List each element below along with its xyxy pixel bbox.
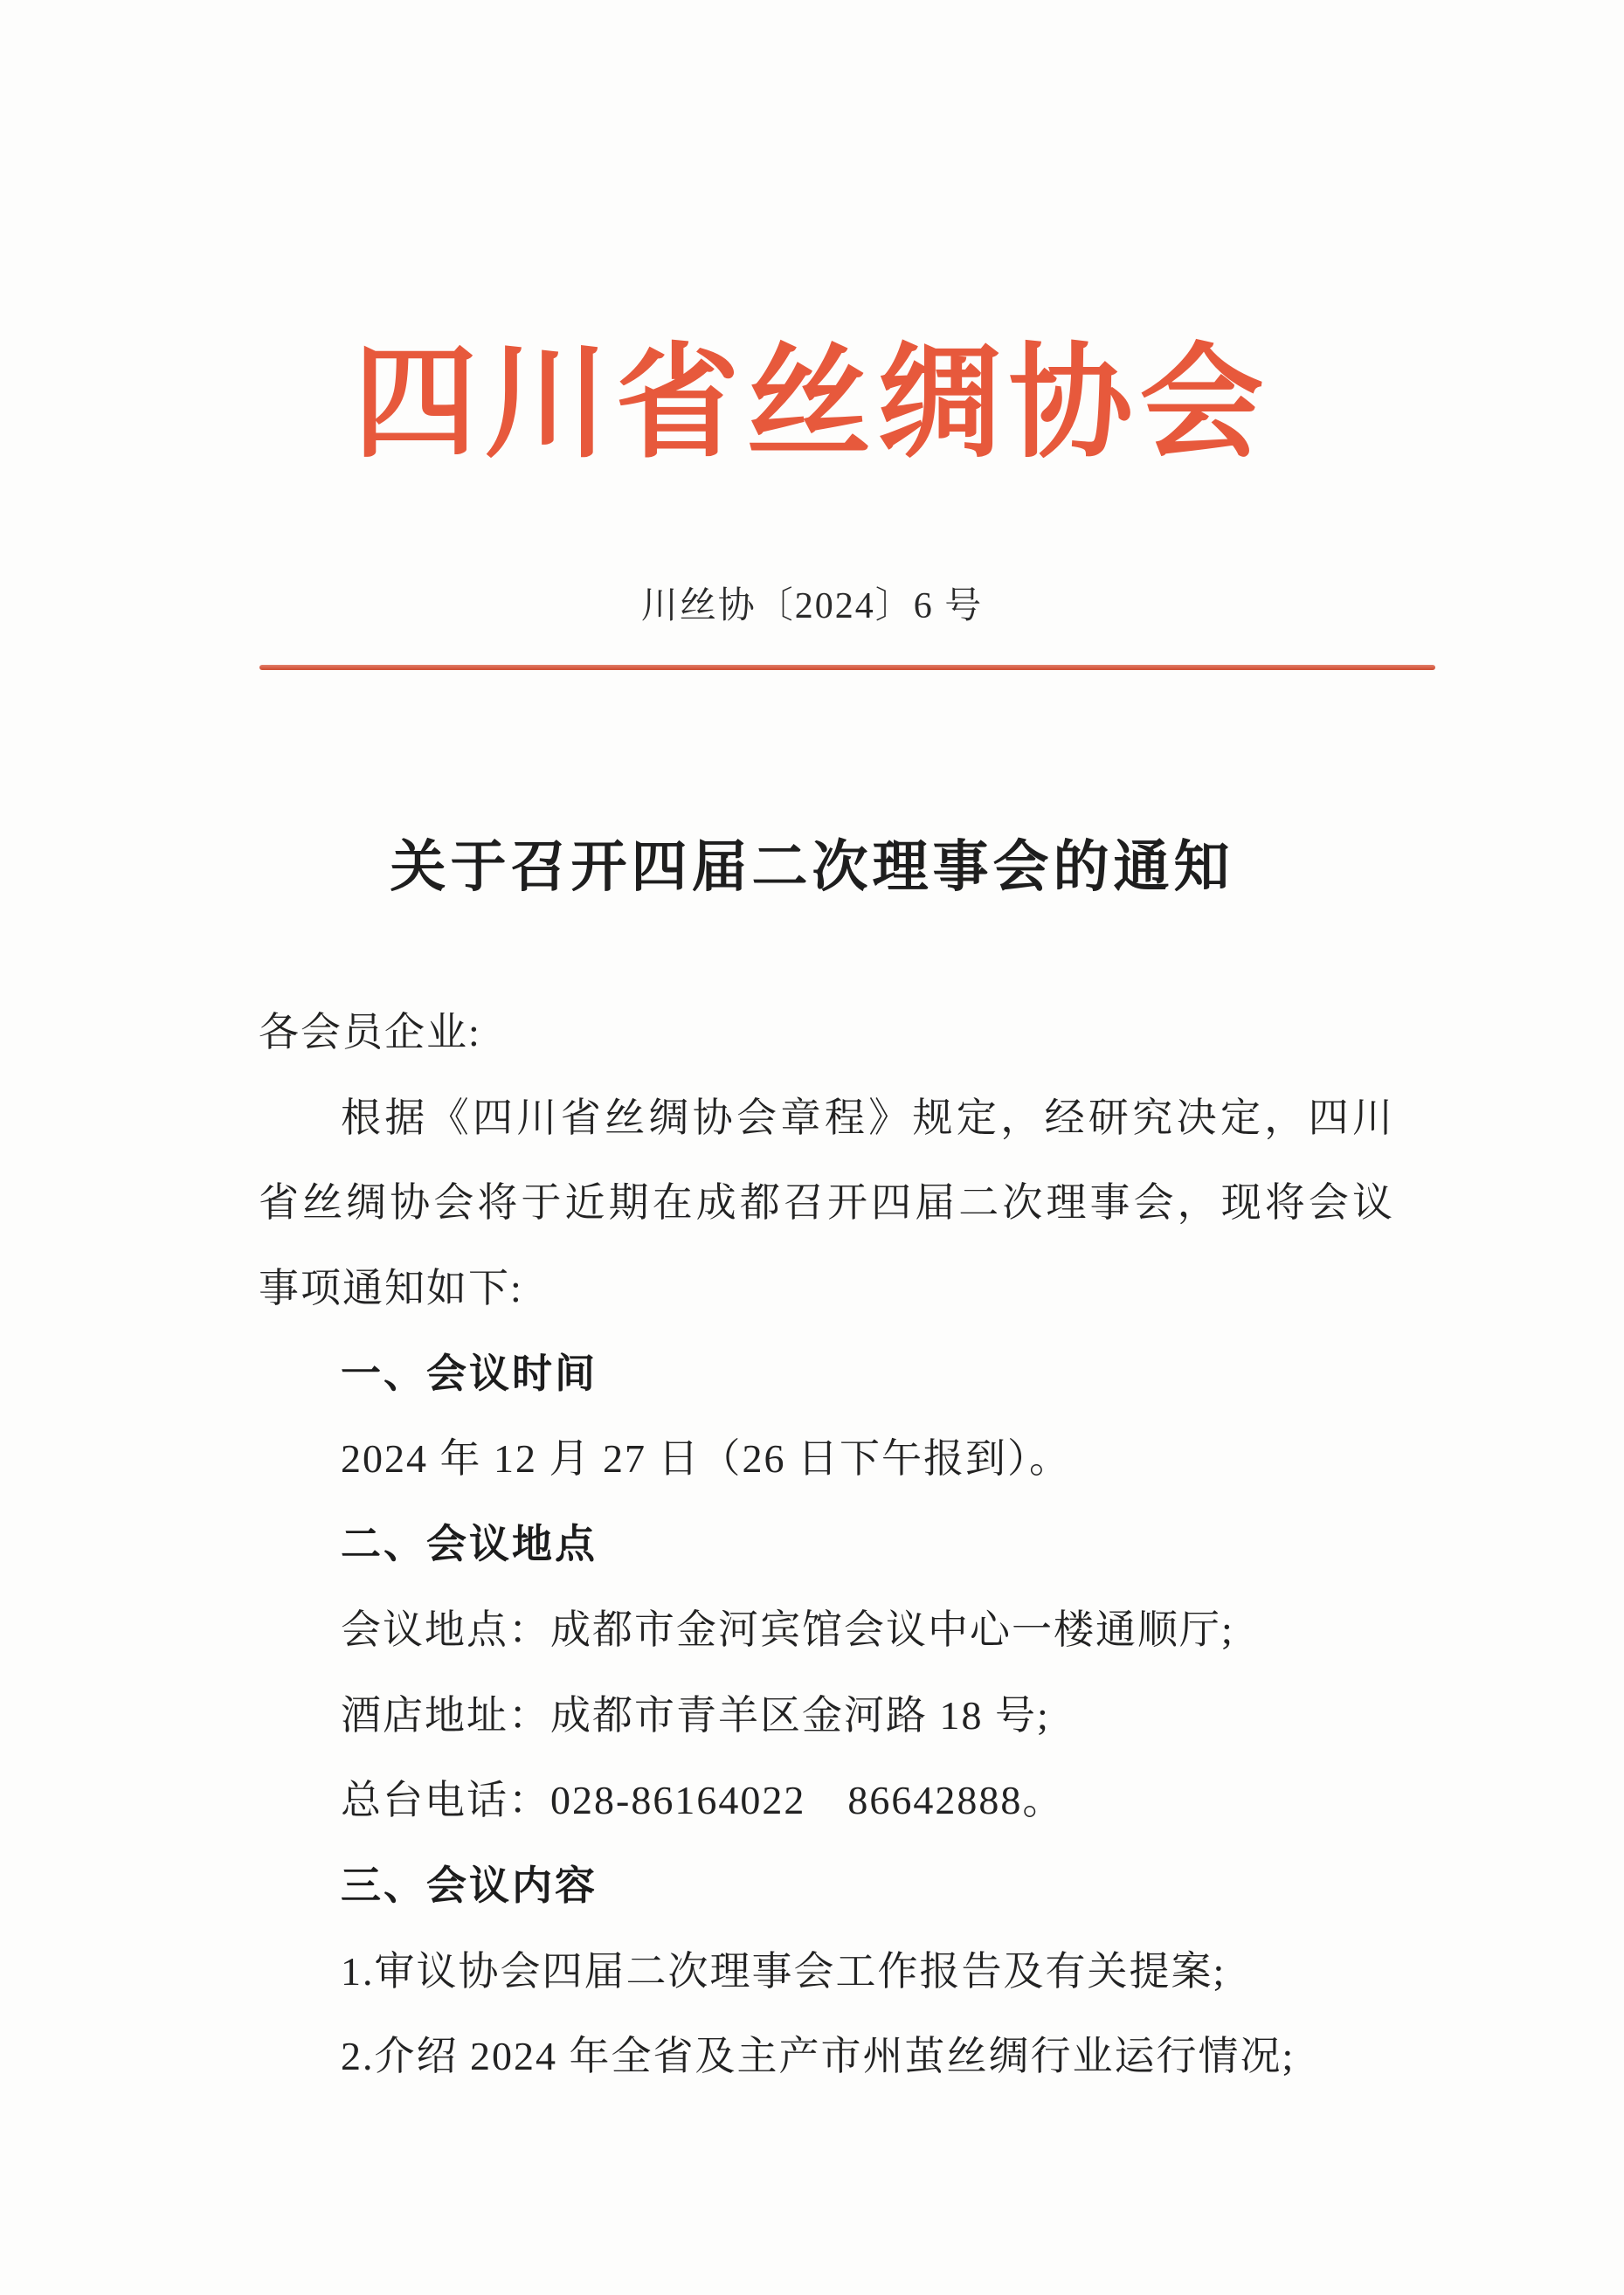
intro-paragraph-line-1: 根据《四川省丝绸协会章程》规定，经研究决定，四川 bbox=[259, 1075, 1392, 1161]
front-desk-phone-line: 总台电话：028-86164022 86642888。 bbox=[259, 1758, 1392, 1843]
meeting-date-line: 2024 年 12 月 27 日（26 日下午报到）。 bbox=[259, 1416, 1392, 1502]
document-number: 川丝协〔2024〕6 号 bbox=[0, 580, 1624, 633]
agenda-item-1: 1.审议协会四届二次理事会工作报告及有关提案; bbox=[259, 1929, 1392, 2015]
section-3-heading-meeting-content: 三、会议内容 bbox=[259, 1843, 1392, 1929]
intro-paragraph-line-2: 省丝绸协会将于近期在成都召开四届二次理事会，现将会议 bbox=[259, 1160, 1392, 1246]
venue-line: 会议地点：成都市金河宾馆会议中心一楼通顺厅; bbox=[259, 1587, 1392, 1673]
letterhead-divider-rule bbox=[259, 665, 1435, 670]
agenda-item-2: 2.介绍 2024 年全省及主产市州茧丝绸行业运行情况; bbox=[259, 2014, 1392, 2099]
section-2-heading-meeting-place: 二、会议地点 bbox=[259, 1502, 1392, 1587]
salutation: 各会员企业: bbox=[259, 990, 1392, 1075]
notice-title: 关于召开四届二次理事会的通知 bbox=[0, 828, 1624, 907]
notice-body: 各会员企业: 根据《四川省丝绸协会章程》规定，经研究决定，四川 省丝绸协会将于近… bbox=[259, 990, 1392, 2099]
intro-paragraph-line-3: 事项通知如下: bbox=[259, 1246, 1392, 1331]
scanned-notice-page: 四川省丝绸协会 川丝协〔2024〕6 号 关于召开四届二次理事会的通知 各会员企… bbox=[0, 0, 1624, 2295]
letterhead-org-name: 四川省丝绸协会 bbox=[0, 316, 1624, 491]
section-1-heading-meeting-time: 一、会议时间 bbox=[259, 1331, 1392, 1417]
hotel-address-line: 酒店地址：成都市青羊区金河路 18 号; bbox=[259, 1673, 1392, 1759]
